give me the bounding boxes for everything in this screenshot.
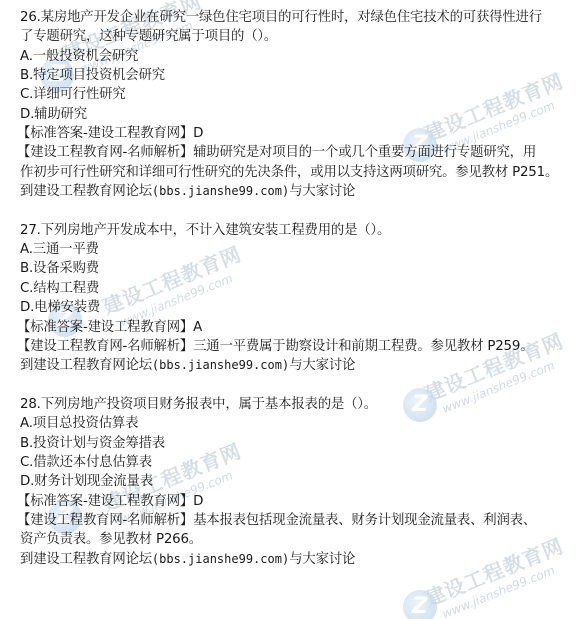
option-a: A.项目总投资估算表 [20,414,580,433]
option-a: A.三通一平费 [20,240,580,259]
option-c: C.借款还本付息估算表 [20,453,580,472]
answer-value: D [193,494,203,509]
standard-answer: 【标准答案-建设工程教育网】D [17,124,580,143]
forum-link-line: 到建设工程教育网论坛(bbs.jianshe99.com)与大家讨论 [20,182,580,201]
spacer [20,376,580,395]
question-stem: 26.某房地产开发企业在研究一绿色住宅项目的可行性时，对绿色住宅技术的可获得性进… [20,8,580,27]
analysis-text: 三通一平费属于勘察设计和前期工程费。参见教材 P259。 [193,339,533,354]
answer-label: 【标准答案-建设工程教育网】 [17,126,193,141]
analysis-text: 辅助研究是对项目的一个或几个重要方面进行专题研究，用 [193,145,536,160]
analysis-label: 【建设工程教育网-名师解析】 [17,513,193,528]
question-stem: 27.下列房地产开发成本中，不计入建筑安装工程费用的是（）。 [20,221,580,240]
option-d: D.电梯安装费 [20,298,580,317]
option-b: B.设备采购费 [20,259,580,278]
question-26: 26.某房地产开发企业在研究一绿色住宅项目的可行性时，对绿色住宅技术的可获得性进… [20,8,580,201]
forum-prefix: 到建设工程教育网论坛 [20,184,152,199]
option-b: B.投资计划与资金筹措表 [20,434,580,453]
option-b: B.特定项目投资机会研究 [20,66,580,85]
option-a: A.一般投资机会研究 [20,47,580,66]
forum-suffix: 与大家讨论 [289,552,355,567]
teacher-analysis: 【建设工程教育网-名师解析】三通一平费属于勘察设计和前期工程费。参见教材 P25… [17,337,580,356]
answer-label: 【标准答案-建设工程教育网】 [17,494,193,509]
forum-link-line: 到建设工程教育网论坛(bbs.jianshe99.com)与大家讨论 [20,550,580,569]
option-d: D.财务计划现金流量表 [20,472,580,491]
analysis-text: 基本报表包括现金流量表、财务计划现金流量表、利润表、 [193,513,536,528]
question-28: 28.下列房地产投资项目财务报表中，属于基本报表的是（）。 A.项目总投资估算表… [20,395,580,569]
forum-suffix: 与大家讨论 [289,184,355,199]
answer-label: 【标准答案-建设工程教育网】 [17,320,193,335]
forum-link-line: 到建设工程教育网论坛(bbs.jianshe99.com)与大家讨论 [20,356,580,375]
forum-prefix: 到建设工程教育网论坛 [20,358,152,373]
standard-answer: 【标准答案-建设工程教育网】D [17,492,580,511]
forum-suffix: 与大家讨论 [289,358,355,373]
answer-value: A [193,320,202,335]
option-c: C.结构工程费 [20,279,580,298]
spacer [20,201,580,220]
standard-answer: 【标准答案-建设工程教育网】A [17,318,580,337]
question-stem: 了专题研究，这种专题研究属于项目的（）。 [20,27,580,46]
forum-url[interactable]: (bbs.jianshe99.com) [152,552,289,566]
answer-value: D [193,126,203,141]
question-stem: 28.下列房地产投资项目财务报表中，属于基本报表的是（）。 [20,395,580,414]
question-27: 27.下列房地产开发成本中，不计入建筑安装工程费用的是（）。 A.三通一平费 B… [20,221,580,376]
analysis-text: 作初步可行性研究和详细可行性研究的先决条件，或用以支持这两项研究。参见教材 P2… [20,163,580,182]
teacher-analysis: 【建设工程教育网-名师解析】辅助研究是对项目的一个或几个重要方面进行专题研究，用 [17,143,580,162]
forum-url[interactable]: (bbs.jianshe99.com) [152,184,289,198]
forum-prefix: 到建设工程教育网论坛 [20,552,152,567]
analysis-label: 【建设工程教育网-名师解析】 [17,145,193,160]
analysis-label: 【建设工程教育网-名师解析】 [17,339,193,354]
exam-document: 26.某房地产开发企业在研究一绿色住宅项目的可行性时，对绿色住宅技术的可获得性进… [20,8,580,569]
option-d: D.辅助研究 [20,105,580,124]
analysis-text: 资产负责表。参见教材 P266。 [20,530,580,549]
forum-url[interactable]: (bbs.jianshe99.com) [152,358,289,372]
option-c: C.详细可行性研究 [20,85,580,104]
teacher-analysis: 【建设工程教育网-名师解析】基本报表包括现金流量表、财务计划现金流量表、利润表、 [17,511,580,530]
